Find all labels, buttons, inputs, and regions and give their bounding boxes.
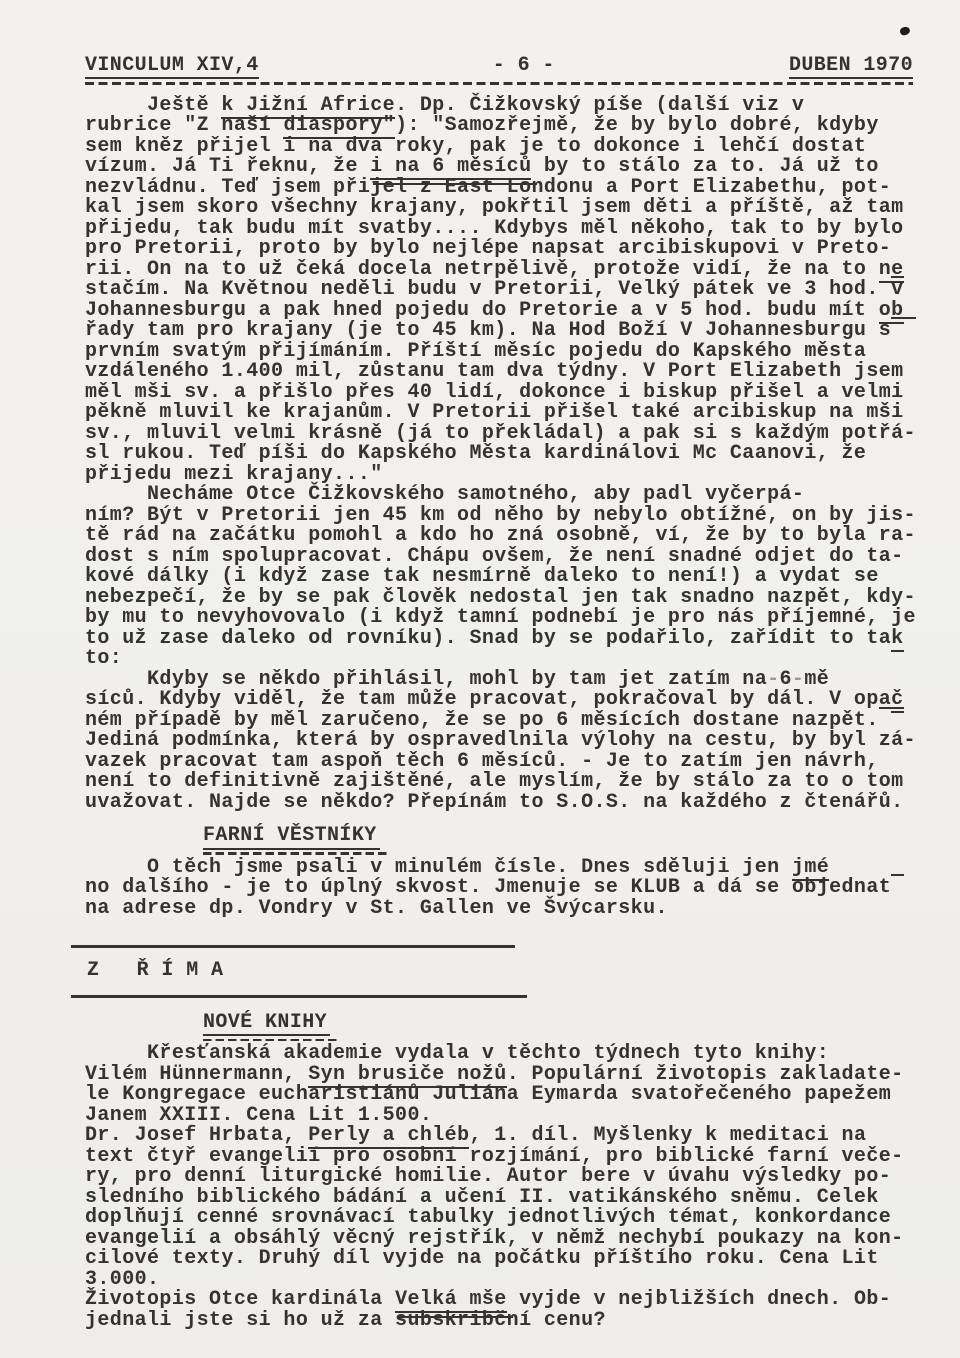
text-segment: rubrice "Z naší (85, 114, 283, 137)
text-line: rii. On na to už čeká docela netrpělivě,… (85, 260, 915, 281)
text-line: Kdyby se někdo přihlásil, mohl by tam je… (85, 670, 915, 691)
horizontal-rule (71, 945, 515, 948)
text-line: sl rukou. Teď píši do Kapského Města kar… (85, 444, 915, 465)
underlined-text: v (891, 276, 903, 301)
text-segment: vízum. Já Ti řeknu, že (85, 155, 370, 178)
text-line: vazek pracovat tam aspoň těch 6 měsíců. … (85, 752, 915, 773)
paragraph: O těch jsme psali v minulém čísle. Dnes … (85, 858, 915, 920)
text-line: vízum. Já Ti řeknu, že i na 6 měsíců by … (85, 157, 915, 178)
text-line: Ještě k Jižní Africe. Dp. Čižkovský píše… (85, 96, 915, 117)
text-line: na adrese dp. Vondry v St. Gallen ve Švý… (85, 899, 915, 920)
text-line: ním? Být v Pretorii jen 45 km od něho by… (85, 506, 915, 527)
text-line: dost s ním spolupracovat. Chápu ovšem, ž… (85, 547, 915, 568)
text-line: řady tam pro krajany (je to 45 km). Na H… (85, 321, 915, 342)
header-divider (85, 82, 913, 85)
paragraph: Kdyby se někdo přihlásil, mohl by tam je… (85, 670, 915, 814)
underlined-text: i na 6 měsíců (370, 155, 531, 180)
text-line: no dalšího - je to úplný skvost. Jmenuje… (85, 878, 915, 899)
text-line: není to definitivně zajištěné, ale myslí… (85, 772, 915, 793)
text-line: vzdáleného 1.400 mil, zůstanu tam dva tý… (85, 362, 915, 383)
text-line: Janem XXIII. Cena Lit 1.500. (85, 1106, 915, 1127)
page-number: - 6 - (493, 56, 555, 79)
text-segment: Životopis Otce kardinála (85, 1288, 395, 1311)
horizontal-rule (71, 995, 527, 998)
text-line: jednali jste si ho už za subskribční cen… (85, 1311, 915, 1332)
underlined-text (879, 707, 904, 732)
text-segment: by to stálo za to. Já už to (531, 155, 878, 178)
text-line: ry, pro denní liturgické homilie. Autor … (85, 1167, 915, 1188)
text-line: kové dálky (i když zase tak nesmírně dal… (85, 567, 915, 588)
text-line: Johannesburgu a pak hned pojedu do Preto… (85, 301, 915, 322)
text-segment: vyjde v nejbližších dnech. Ob- (507, 1288, 891, 1311)
underlined-text (891, 874, 903, 899)
text-line: O těch jsme psali v minulém čísle. Dnes … (85, 858, 915, 879)
text-line: Křesťanská akademie vydala v těchto týdn… (85, 1044, 915, 1065)
text-line: text čtyř evangelií pro osobní rozjímání… (85, 1147, 915, 1168)
text-line: uvažovat. Najde se někdo? Přepínám to S.… (85, 793, 915, 814)
text-line: evangelií a obsáhlý věcný rejstřík, v ně… (85, 1229, 915, 1250)
section-heading: NOVÉ KNIHY (203, 1013, 330, 1037)
text-line: sv., mluvil velmi krásně (já to překláda… (85, 424, 915, 445)
text-line: Jediná podmínka, která by ospravedlnila … (85, 731, 915, 752)
text-line: pěkně mluvil ke krajanům. V Pretorii při… (85, 403, 915, 424)
document-body: Ještě k Jižní Africe. Dp. Čižkovský píše… (85, 96, 915, 1332)
text-line: měl mši sv. a přišlo přes 40 lidí, dokon… (85, 383, 915, 404)
text-line: doplňují cenné srovnávací tabulky jednot… (85, 1208, 915, 1229)
paragraph: Necháme Otce Čižkovského samotného, aby … (85, 485, 915, 670)
section-title: Z Ř Í M A (87, 961, 915, 982)
text-line: síců. Kdyby viděl, že tam může pracovat,… (85, 690, 915, 711)
issue-date: DUBEN 1970 (789, 56, 913, 79)
text-line: 3.000. (85, 1270, 915, 1291)
text-line: přijedu, tak budu mít svatby.... Kdybys … (85, 219, 915, 240)
text-line: sem kněz přijel i na dva roky, pak je to… (85, 137, 915, 158)
section-heading-row: FARNÍ VĚSTNÍKY (203, 826, 915, 850)
text-line: by mu to nevyhovovalo (i když tamní podn… (85, 608, 915, 629)
text-line: nebezpečí, že by se pak člověk nedostal … (85, 588, 915, 609)
page-header: VINCULUM XIV,4 - 6 - DUBEN 1970 (85, 56, 913, 79)
text-line: rubrice "Z naší diaspory"): "Samozřejmě,… (85, 116, 915, 137)
text-segment: to už zase daleko od rovníku). Snad by s… (85, 627, 891, 650)
underlined-text: k (891, 627, 903, 652)
text-line: ném případě by měl zaručeno, že se po 6 … (85, 711, 915, 732)
text-line: stačím. Na Květnou neděli budu v Pretori… (85, 280, 915, 301)
text-line: cilové texty. Druhý díl vyjde na počátku… (85, 1249, 915, 1270)
newsletter-title: VINCULUM XIV,4 (85, 56, 259, 79)
text-segment: řady tam pro krajany (je to 45 km). Na H… (85, 319, 891, 342)
text-segment: no dalšího - je to úplný skvost. Jmenuje… (85, 876, 891, 899)
text-line: Dr. Josef Hrbata, Perly a chléb, 1. díl.… (85, 1126, 915, 1147)
text-line: to: (85, 649, 915, 670)
underlined-text: Velká mše (395, 1288, 507, 1313)
text-line: prvním svatým přijímáním. Příští měsíc p… (85, 342, 915, 363)
text-line: sledního biblického bádání a učení II. v… (85, 1188, 915, 1209)
paragraph: Ještě k Jižní Africe. Dp. Čižkovský píše… (85, 96, 915, 486)
section-heading-row: NOVÉ KNIHY (203, 1013, 915, 1037)
text-line: Vilém Hünnermann, Syn brusiče nožů. Popu… (85, 1065, 915, 1086)
text-line: tě rád na začátku pomohl a kdo ho zná os… (85, 526, 915, 547)
scanned-newsletter-page: VINCULUM XIV,4 - 6 - DUBEN 1970 Ještě k … (0, 0, 960, 1358)
rule-section: Z Ř Í M A (85, 945, 915, 998)
text-line: Životopis Otce kardinála Velká mše vyjde… (85, 1290, 915, 1311)
text-line: nezvládnu. Teď jsem přijel z East London… (85, 178, 915, 199)
text-segment: Dr. Josef Hrbata, (85, 1124, 308, 1147)
text-line: le Kongregace eucharistiánů Juliána Eyma… (85, 1085, 915, 1106)
text-line: pro Pretorii, proto by bylo nejlépe naps… (85, 239, 915, 260)
ink-dot (899, 26, 911, 37)
section-heading: FARNÍ VĚSTNÍKY (203, 826, 380, 850)
text-line: Necháme Otce Čižkovského samotného, aby … (85, 485, 915, 506)
text-line: přijedu mezi krajany..." (85, 465, 915, 486)
text-segment: , 1. díl. Myšlenky k meditaci na (469, 1124, 866, 1147)
text-line: kal jsem skoro všechny krajany, pokřtil … (85, 198, 915, 219)
text-segment: ): "Samozřejmě, že by bylo dobré, kdyby (395, 114, 879, 137)
text-line: to už zase daleko od rovníku). Snad by s… (85, 629, 915, 650)
underlined-text (891, 317, 916, 342)
paragraph: Křesťanská akademie vydala v těchto týdn… (85, 1044, 915, 1331)
